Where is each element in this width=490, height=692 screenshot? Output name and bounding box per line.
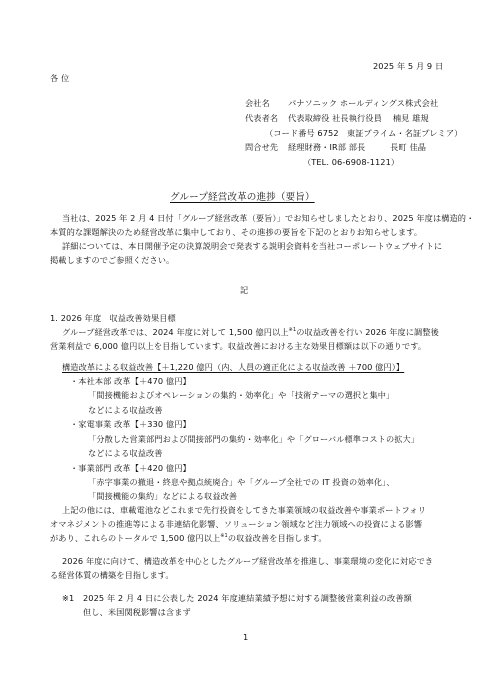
item-appliance-title: ・家電事業 改革【＋330 億円】 bbox=[70, 419, 191, 429]
footnote-mark: ※1 bbox=[62, 593, 74, 603]
contact-name: 経理財務・IR部 部長 長町 佳晶 bbox=[288, 142, 426, 152]
item-division-title: ・事業部門 改革【＋420 億円】 bbox=[70, 463, 191, 473]
item-hq-title: ・本社本部 改革【＋470 億円】 bbox=[70, 376, 191, 386]
footnote-line-1: 2025 年 2 月 4 日に公表した 2024 年度連結業績予想に対する調整後… bbox=[83, 593, 412, 603]
section-1-para-1-line-1: グループ経営改革では、2024 年度に対して 1,500 億円以上※1の収益改善… bbox=[62, 327, 439, 337]
item-division-line-1: 「赤字事業の撤退・終息や拠点統廃合」や「グループ全社での IT 投資の効率化」、 bbox=[88, 477, 395, 487]
representative-name: 代表取締役 社長執行役員 楠見 雄規 bbox=[288, 113, 429, 123]
section-1-para-2-line-1: 上記の他には、車載電池などこれまで先行投資をしてきた事業領域の収益改善や事業ポー… bbox=[62, 505, 426, 515]
item-hq-line-2: などによる収益改善 bbox=[88, 405, 163, 415]
section-1-heading: 1. 2026 年度 収益改善効果目標 bbox=[50, 313, 176, 323]
structural-reform-heading: 構造改革による収益改善【＋1,220 億円（内、人員の適正化による収益改善 ＋7… bbox=[62, 362, 404, 372]
stock-code: （コード番号 6752 東証プライム・名証プレミア） bbox=[265, 128, 462, 138]
footnote-ref: ※1 bbox=[220, 533, 228, 539]
representative-label: 代表者名 bbox=[245, 113, 278, 123]
contact-label: 問合せ先 bbox=[245, 142, 278, 152]
item-division-line-2: 「間接機能の集約」などによる収益改善 bbox=[88, 491, 237, 501]
intro-line-1: 当社は、2025 年 2 月 4 日付「グループ経営改革（要旨）」でお知らせしま… bbox=[62, 213, 474, 223]
intro-line-4: 掲載しますのでご参照ください。 bbox=[50, 255, 174, 265]
section-1-para-2-line-2: オマネジメントの推進等による非連結化影響、ソリューション領域など注力領域への投資… bbox=[50, 519, 422, 529]
item-appliance-line-1: 「分散した営業部門および間接部門の集約・効率化」や「グローバル標準コストの拡大」 bbox=[88, 434, 419, 444]
item-hq-line-1: 「間接機能およびオペレーションの集約・効率化」や「技術テーマの選択と集中」 bbox=[88, 390, 394, 400]
date: 2025 年 5 月 9 日 bbox=[373, 61, 443, 71]
intro-line-2: 本質的な課題解決のため経営改革に集中しており、その進捗の要旨を下記のとおりお知ら… bbox=[50, 227, 422, 237]
section-1-para-2-line-3: があり、これらのトータルで 1,500 億円以上※1の収益改善を目指します。 bbox=[50, 533, 327, 543]
intro-line-3: 詳細については、本日開催予定の決算説明会で発表する説明会資料を当社コーポレートウ… bbox=[62, 241, 442, 251]
contact-tel: （TEL. 06-6908-1121） bbox=[303, 157, 399, 167]
item-appliance-line-2: などによる収益改善 bbox=[88, 448, 163, 458]
section-1-para-1-line-2: 営業利益で 6,000 億円以上を目指しています。収益改善における主な効果目標額… bbox=[50, 341, 426, 351]
section-1-para-3-line-1: 2026 年度に向けて、構造改革を中心としたグループ経営改革を推進し、事業環境の… bbox=[62, 556, 433, 566]
document-title: グループ経営改革の進捗（要旨） bbox=[170, 193, 315, 203]
page-number: 1 bbox=[243, 632, 248, 642]
section-1-para-3-line-2: る経営体質の構築を目指します。 bbox=[50, 570, 174, 580]
footnote-line-2: 但し、米国関税影響は含まず bbox=[83, 607, 191, 617]
company-name: パナソニック ホールディングス株式会社 bbox=[288, 98, 438, 108]
addressee: 各 位 bbox=[50, 73, 69, 83]
company-label: 会社名 bbox=[245, 98, 270, 108]
ki-heading: 記 bbox=[240, 285, 248, 295]
